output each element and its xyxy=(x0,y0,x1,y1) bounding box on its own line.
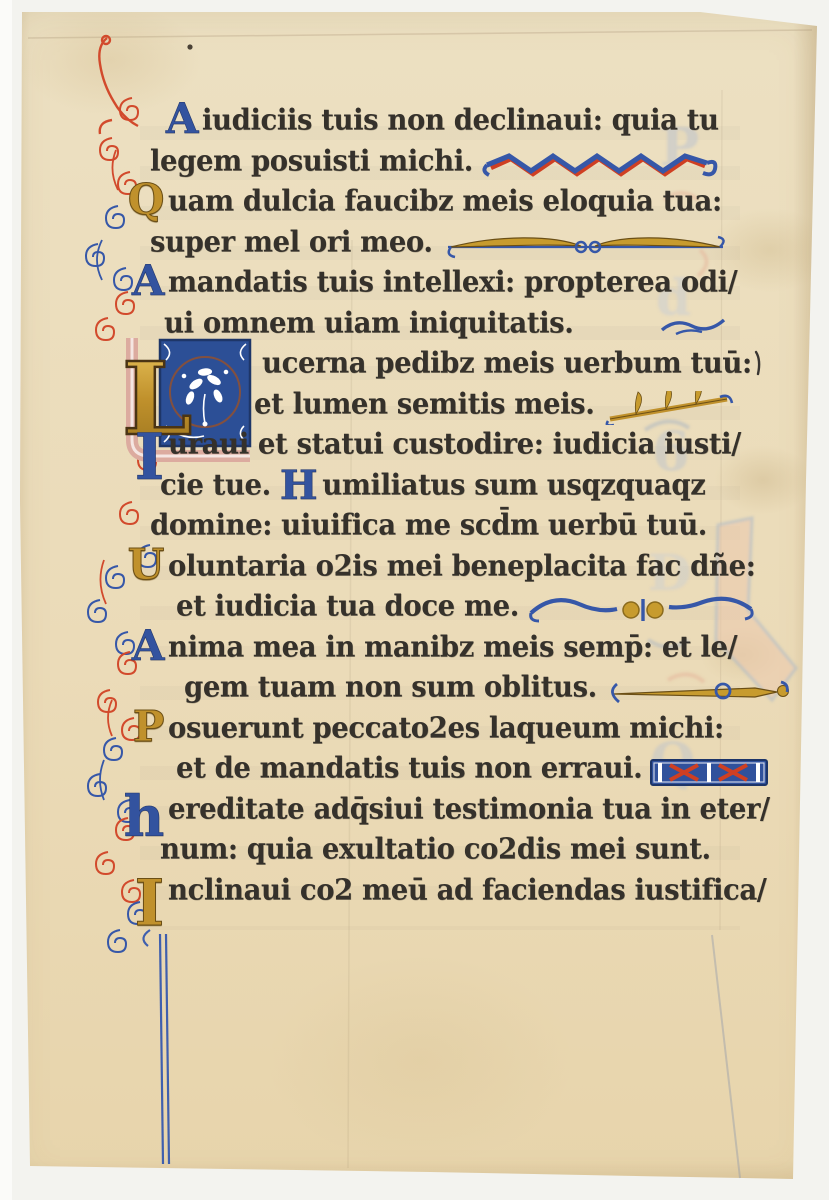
blue-scroll-line-filler xyxy=(519,595,755,625)
text-line: A mandatis tuis intellexi: propterea odi… xyxy=(104,266,728,307)
verse-initial: A xyxy=(104,104,202,145)
text-block: A iudiciis tuis non declinaui: quia tu l… xyxy=(104,104,728,914)
text-line: U oluntaria o2is mei beneplacita fac dñe… xyxy=(104,550,728,591)
text-line: ucerna pedibz meis uerbum tuū: xyxy=(104,347,728,388)
text-line: et de mandatis tuis non erraui. xyxy=(104,752,728,793)
text-line: et iudicia tua doce me. xyxy=(104,590,728,631)
text-line: P osuerunt peccato2es laqueum michi: xyxy=(104,712,728,753)
text-line: h ereditate adq̄siui testimonia tua in e… xyxy=(104,793,728,834)
text-line: A nima mea in manibz meis semp̄: et le/ xyxy=(104,631,728,672)
scan-background: P d 6 D Q xyxy=(0,0,829,1200)
text-line: cie tue. H umiliatus sum usqzquaqz xyxy=(104,469,728,510)
text-line: et lumen semitis meis. xyxy=(104,388,728,429)
gold-leaf-line-filler xyxy=(435,233,728,259)
text-line: A iudiciis tuis non declinaui: quia tu xyxy=(104,104,728,145)
verse-initial: P xyxy=(104,712,168,753)
text-line: I nclinaui co2 meū ad faciendas iustific… xyxy=(104,874,728,915)
verse-initial: I xyxy=(104,428,168,469)
ixixi-panel-line-filler xyxy=(642,759,768,786)
text-line: super mel ori meo. xyxy=(104,226,728,267)
verse-initial: Q xyxy=(104,185,168,226)
verse-initial: A xyxy=(104,631,168,672)
zigzag-line-filler xyxy=(473,152,733,178)
verse-initial: U xyxy=(104,550,168,591)
text-line: ui omnem uiam iniquitatis. xyxy=(104,307,728,348)
verse-initial: h xyxy=(104,793,168,834)
text-line: gem tuam non sum oblitus. xyxy=(104,671,728,712)
verse-initial: I xyxy=(104,874,168,915)
verse-initial: A xyxy=(104,266,168,307)
text-line: Q uam dulcia faucibz meis eloquia tua: xyxy=(104,185,728,226)
text-line: domine: uiuifica me scd̄m uerbū tuū. xyxy=(104,509,728,550)
text-line: num: quia exultatio co2dis mei sunt. xyxy=(104,833,728,874)
text-line: legem posuisti michi. xyxy=(104,145,728,186)
gold-dagger-line-filler xyxy=(597,676,793,706)
blue-swash-line-filler xyxy=(650,317,728,337)
text-line: I uraui et statui custodire: iudicia ius… xyxy=(104,428,728,469)
gold-foliate-line-filler xyxy=(594,391,737,425)
